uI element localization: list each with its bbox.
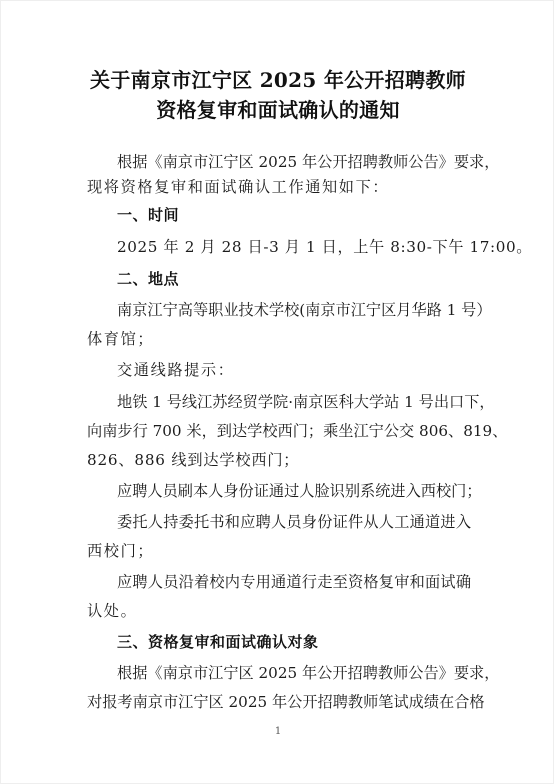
section-heading-candidates: 三、资格复审和面试确认对象 xyxy=(117,631,471,653)
transport-line-2: 向南步行 700 米，到达学校西门；乘坐江宁公交 806、819、 xyxy=(87,420,471,442)
page-number: 1 xyxy=(1,725,554,739)
section-heading-location: 二、地点 xyxy=(117,268,471,290)
intro-paragraph-line-2: 现将资格复审和面试确认工作通知如下： xyxy=(87,176,471,198)
intro-paragraph-line-1: 根据《南京市江宁区 2025 年公开招聘教师公告》要求， xyxy=(117,151,471,173)
document-title-line-1: 关于南京市江宁区 2025 年公开招聘教师 xyxy=(1,65,554,95)
location-line-2: 体育馆； xyxy=(87,328,471,350)
transport-tips-label: 交通线路提示： xyxy=(117,359,471,381)
section-heading-time: 一、时间 xyxy=(117,204,471,226)
entry-rule-line-2: 委托人持委托书和应聘人员身份证件从人工通道进入 xyxy=(117,511,471,533)
location-line-1: 南京江宁高等职业技术学校(南京市江宁区月华路 1 号） xyxy=(117,299,471,321)
route-rule-line-1: 应聘人员沿着校内专用通道行走至资格复审和面试确 xyxy=(117,571,471,593)
entry-rule-line-1: 应聘人员刷本人身份证通过人脸识别系统进入西校门； xyxy=(117,480,471,502)
document-page: 关于南京市江宁区 2025 年公开招聘教师 资格复审和面试确认的通知 根据《南京… xyxy=(0,0,554,784)
candidates-line-1: 根据《南京市江宁区 2025 年公开招聘教师公告》要求， xyxy=(117,662,471,684)
transport-line-3: 826、886 线到达学校西门； xyxy=(87,449,471,471)
route-rule-line-2: 认处。 xyxy=(87,600,471,622)
candidates-line-2: 对报考南京市江宁区 2025 年公开招聘教师笔试成绩在合格 xyxy=(87,691,471,713)
document-title-line-2: 资格复审和面试确认的通知 xyxy=(1,95,554,125)
transport-line-1: 地铁 1 号线江苏经贸学院·南京医科大学站 1 号出口下， xyxy=(117,391,471,413)
time-text: 2025 年 2 月 28 日-3 月 1 日，上午 8:30-下午 17:00… xyxy=(117,236,471,258)
entry-rule-line-3: 西校门； xyxy=(87,540,471,562)
